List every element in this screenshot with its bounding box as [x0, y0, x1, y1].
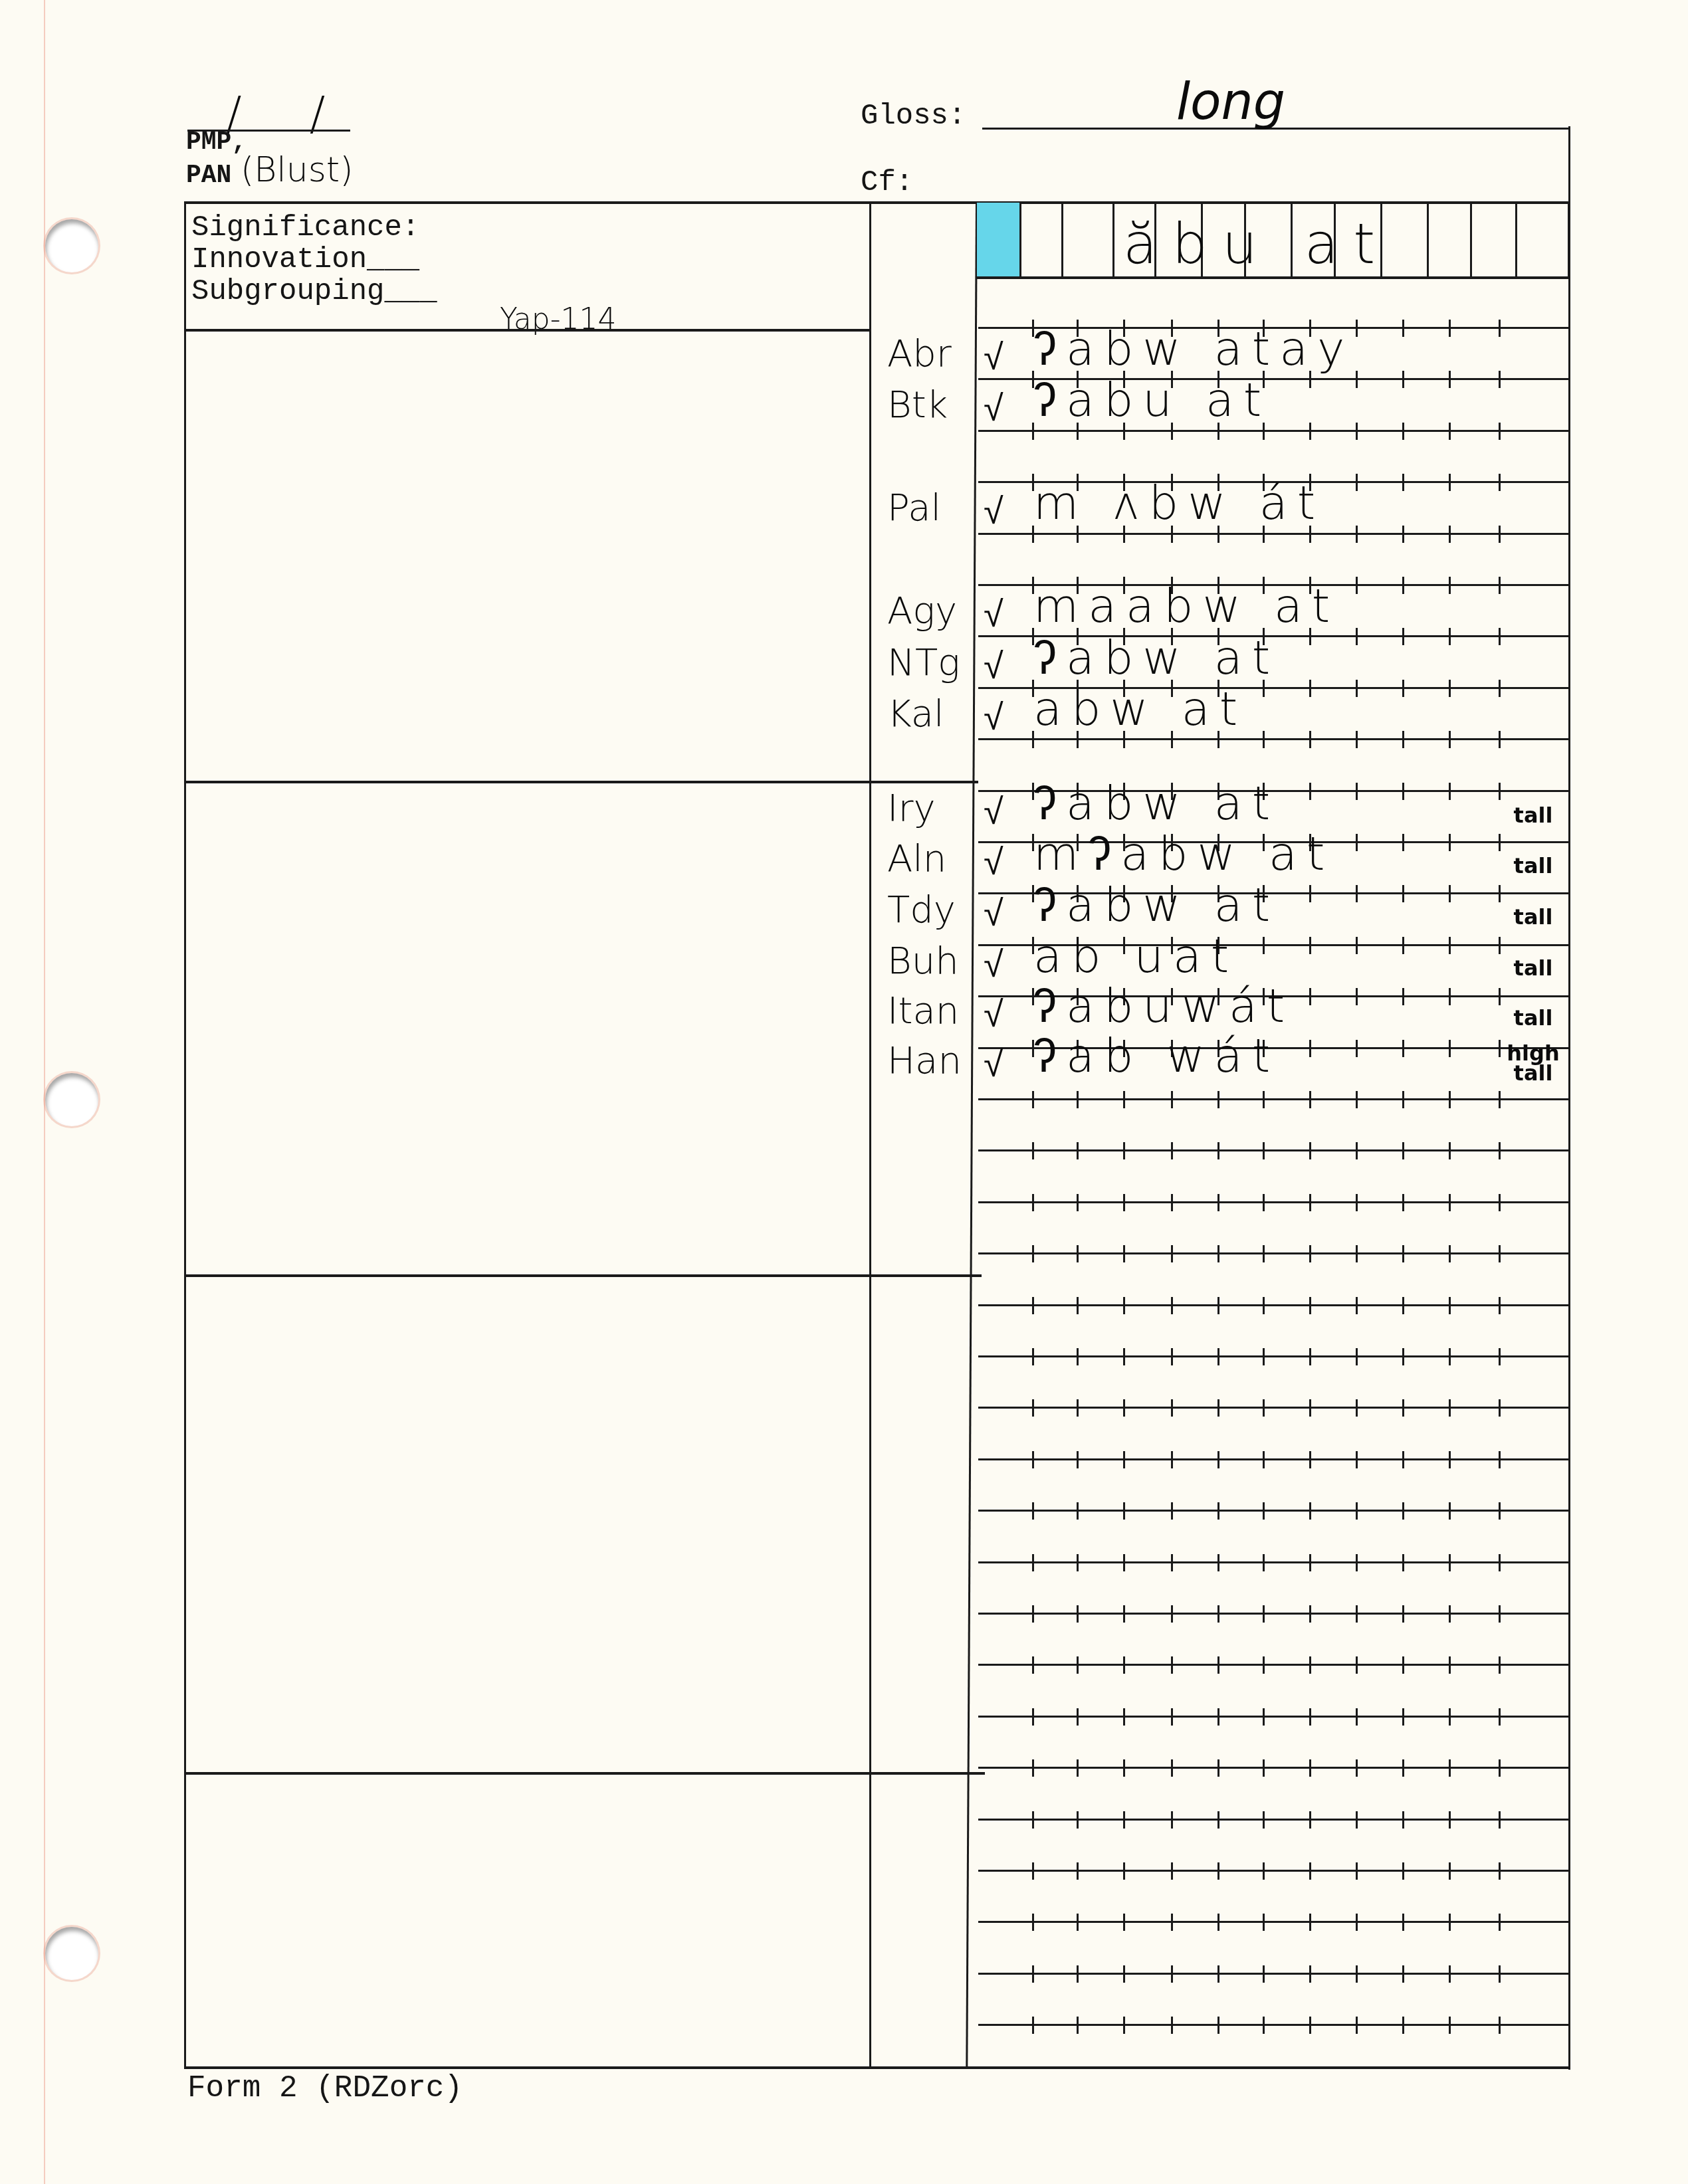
check-mark-icon: √: [984, 387, 1003, 429]
tick-mark: [1309, 680, 1311, 697]
tick-mark: [1217, 1811, 1219, 1829]
tick-mark: [1032, 1348, 1034, 1365]
tick-mark: [1171, 1245, 1173, 1262]
tick-mark: [1356, 628, 1358, 645]
tick-mark: [1499, 1708, 1501, 1726]
tick-mark: [1449, 1965, 1451, 1983]
tick-mark: [1449, 1297, 1451, 1314]
tick-mark: [1449, 1914, 1451, 1931]
tick-mark: [1402, 1142, 1404, 1159]
tick-mark: [1032, 1194, 1034, 1211]
tick-mark: [1032, 1142, 1034, 1159]
tick-mark: [1402, 2017, 1404, 2034]
language-label: Aln: [887, 837, 980, 880]
tick-mark: [1449, 988, 1451, 1005]
tick-mark: [1449, 577, 1451, 594]
tick-mark: [1499, 1914, 1501, 1931]
tick-mark: [1217, 1914, 1219, 1931]
tick-mark: [1499, 371, 1501, 388]
ruled-line: [978, 1716, 1570, 1718]
reflex-form: mʔabw at: [1033, 827, 1334, 881]
tick-mark: [1171, 1502, 1173, 1520]
tick-mark: [1123, 1245, 1125, 1262]
tick-mark: [1356, 1759, 1358, 1777]
tick-mark: [1263, 1914, 1265, 1931]
tick-mark: [1032, 2017, 1034, 2034]
tick-mark: [1263, 1862, 1265, 1880]
tick-mark: [1402, 1348, 1404, 1365]
tick-mark: [1402, 628, 1404, 645]
tick-mark: [1077, 1811, 1079, 1829]
tick-mark: [1217, 1451, 1219, 1468]
tick-mark: [1217, 1348, 1219, 1365]
tick-mark: [1499, 2017, 1501, 2034]
margin-line: [44, 0, 45, 2184]
tick-mark: [1032, 1605, 1034, 1623]
significance-label: Significance:: [191, 211, 419, 245]
frame-bottom: [184, 2066, 1570, 2069]
tick-mark: [1217, 1708, 1219, 1726]
tick-mark: [1356, 731, 1358, 748]
ruled-line: [978, 1819, 1570, 1821]
gloss-value: long: [1176, 72, 1285, 131]
tick-mark: [1499, 783, 1501, 800]
gloss-note: tall: [1503, 1008, 1563, 1028]
tick-mark: [1309, 1245, 1311, 1262]
tick-mark: [1123, 1708, 1125, 1726]
tick-mark: [1402, 1040, 1404, 1057]
tick-mark: [1309, 2017, 1311, 2034]
tick-mark: [1449, 834, 1451, 851]
gloss-note: tall: [1503, 958, 1563, 978]
tick-mark: [1309, 1194, 1311, 1211]
language-label: Iry: [887, 787, 980, 830]
check-mark-icon: √: [984, 1043, 1003, 1085]
tick-mark: [1356, 885, 1358, 902]
tick-mark: [1402, 423, 1404, 440]
language-label: Abr: [887, 332, 980, 375]
tick-mark: [1171, 1554, 1173, 1571]
tick-mark: [1356, 1040, 1358, 1057]
tick-mark: [1032, 1399, 1034, 1417]
tick-mark: [1499, 1965, 1501, 1983]
reconstruction-cell: [1429, 203, 1472, 278]
tick-mark: [1449, 1040, 1451, 1057]
tick-mark: [1309, 1348, 1311, 1365]
tick-mark: [1309, 423, 1311, 440]
tick-mark: [1402, 937, 1404, 954]
check-mark-icon: √: [984, 696, 1003, 738]
tick-mark: [1217, 1297, 1219, 1314]
tick-mark: [1217, 1399, 1219, 1417]
tick-mark: [1217, 1091, 1219, 1108]
tick-mark: [1356, 1399, 1358, 1417]
reflex-form: ʔabw at: [1033, 776, 1279, 831]
tick-mark: [1171, 1399, 1173, 1417]
tick-mark: [1449, 1502, 1451, 1520]
tick-mark: [1309, 1862, 1311, 1880]
tick-mark: [1402, 1554, 1404, 1571]
tick-mark: [1077, 1194, 1079, 1211]
tick-mark: [1499, 1245, 1501, 1262]
tick-mark: [1171, 1914, 1173, 1931]
section-divider-2: [184, 1274, 982, 1277]
ruled-line: [978, 1767, 1570, 1769]
proto-label-pan: PAN: [186, 159, 231, 193]
tick-mark: [1263, 1451, 1265, 1468]
tick-mark: [1309, 1142, 1311, 1159]
tick-mark: [1032, 1245, 1034, 1262]
ruled-line: [978, 1973, 1570, 1975]
tick-mark: [1032, 1811, 1034, 1829]
tick-mark: [1123, 1656, 1125, 1674]
tick-mark: [1123, 1554, 1125, 1571]
tick-mark: [1499, 1040, 1501, 1057]
tick-mark: [1123, 1451, 1125, 1468]
check-mark-icon: √: [984, 336, 1003, 378]
tick-mark: [1402, 680, 1404, 697]
language-label: Itan: [887, 989, 980, 1033]
tick-mark: [1077, 1348, 1079, 1365]
reflex-form: ʔabw at: [1033, 878, 1279, 932]
tick-mark: [1449, 1605, 1451, 1623]
tick-mark: [1309, 1708, 1311, 1726]
tick-mark: [1217, 1554, 1219, 1571]
tick-mark: [1402, 1091, 1404, 1108]
reflex-form: ʔabw at: [1033, 631, 1279, 685]
tick-mark: [1077, 1759, 1079, 1777]
check-mark-icon: √: [984, 993, 1003, 1035]
tick-mark: [1499, 1811, 1501, 1829]
tick-mark: [1402, 1245, 1404, 1262]
reflex-form: ʔabuwát: [1033, 979, 1294, 1033]
tick-mark: [1402, 988, 1404, 1005]
tick-mark: [1356, 320, 1358, 337]
check-mark-icon: √: [984, 490, 1003, 532]
tick-mark: [1309, 1451, 1311, 1468]
tick-mark: [1449, 731, 1451, 748]
ruled-line: [978, 1149, 1570, 1151]
reconstruction-cell: [1021, 203, 1063, 278]
tick-mark: [1449, 526, 1451, 543]
tick-mark: [1263, 1194, 1265, 1211]
tick-mark: [1449, 937, 1451, 954]
tick-mark: [1077, 1142, 1079, 1159]
tick-mark: [1356, 783, 1358, 800]
tick-mark: [1402, 1451, 1404, 1468]
tick-mark: [1171, 1091, 1173, 1108]
tick-mark: [1032, 1914, 1034, 1931]
tick-mark: [1402, 1914, 1404, 1931]
tick-mark: [1032, 1451, 1034, 1468]
tick-mark: [1499, 1142, 1501, 1159]
tick-mark: [1402, 731, 1404, 748]
label-column-divider: [869, 201, 871, 2068]
reflex-form: maabw at: [1033, 579, 1339, 633]
tick-mark: [1032, 1554, 1034, 1571]
tick-mark: [1263, 1708, 1265, 1726]
tick-mark: [1217, 1656, 1219, 1674]
tick-mark: [1499, 1348, 1501, 1365]
tick-mark: [1402, 783, 1404, 800]
tick-mark: [1263, 1297, 1265, 1314]
tick-mark: [1356, 1965, 1358, 1983]
tick-mark: [1123, 1091, 1125, 1108]
tick-mark: [1356, 2017, 1358, 2034]
tick-mark: [1077, 1245, 1079, 1262]
data-column-divider: [966, 201, 978, 2068]
tick-mark: [1263, 1091, 1265, 1108]
tick-mark: [1217, 1862, 1219, 1880]
ruled-line: [978, 1355, 1570, 1357]
tick-mark: [1123, 1759, 1125, 1777]
ruled-line: [978, 533, 1570, 535]
reconstruction-cell: [1517, 203, 1570, 278]
tick-mark: [1402, 1965, 1404, 1983]
tick-mark: [1499, 731, 1501, 748]
reflex-form: ab uat: [1033, 929, 1238, 983]
tick-mark: [1499, 1451, 1501, 1468]
tick-mark: [1402, 1759, 1404, 1777]
cf-label: Cf:: [861, 166, 913, 199]
tick-mark: [1499, 937, 1501, 954]
tick-mark: [1356, 1605, 1358, 1623]
tick-mark: [1309, 783, 1311, 800]
tick-mark: [1263, 731, 1265, 748]
ruled-line: [978, 1201, 1570, 1203]
tick-mark: [1449, 1451, 1451, 1468]
tick-mark: [1217, 2017, 1219, 2034]
tick-mark: [1449, 1554, 1451, 1571]
tick-mark: [1402, 1399, 1404, 1417]
tick-mark: [1449, 1759, 1451, 1777]
tick-mark: [1356, 680, 1358, 697]
tick-mark: [1263, 1965, 1265, 1983]
tick-mark: [1309, 1914, 1311, 1931]
check-mark-icon: √: [984, 645, 1003, 687]
tick-mark: [1217, 1245, 1219, 1262]
tick-mark: [1499, 577, 1501, 594]
tick-mark: [1217, 1502, 1219, 1520]
tick-mark: [1032, 1656, 1034, 1674]
tick-mark: [1077, 1399, 1079, 1417]
tick-mark: [1402, 577, 1404, 594]
language-label: Kal: [887, 692, 980, 736]
tick-mark: [1499, 1605, 1501, 1623]
tick-mark: [1356, 577, 1358, 594]
tick-mark: [1263, 1605, 1265, 1623]
tick-mark: [1499, 1862, 1501, 1880]
tick-mark: [1217, 1605, 1219, 1623]
frame-left: [184, 201, 186, 2068]
tick-mark: [1402, 1194, 1404, 1211]
form-footer: Form 2 (RDZorc): [187, 2072, 463, 2105]
tick-mark: [1356, 1245, 1358, 1262]
tick-mark: [1309, 937, 1311, 954]
tick-mark: [1309, 1040, 1311, 1057]
tick-mark: [1356, 1708, 1358, 1726]
tick-mark: [1356, 1194, 1358, 1211]
ruled-line: [978, 1561, 1570, 1563]
tick-mark: [1356, 1811, 1358, 1829]
check-mark-icon: √: [984, 943, 1003, 985]
tick-mark: [1309, 731, 1311, 748]
tick-mark: [1309, 1091, 1311, 1108]
tick-mark: [1356, 1297, 1358, 1314]
ruled-line: [978, 1458, 1570, 1460]
tick-mark: [1171, 1605, 1173, 1623]
tick-mark: [1309, 1297, 1311, 1314]
tick-mark: [1077, 1451, 1079, 1468]
tick-mark: [1263, 1399, 1265, 1417]
tick-mark: [1077, 1297, 1079, 1314]
tick-mark: [1356, 1142, 1358, 1159]
tick-mark: [1499, 1656, 1501, 1674]
tick-mark: [1356, 371, 1358, 388]
gloss-note: high tall: [1503, 1043, 1563, 1083]
language-label: Tdy: [887, 888, 980, 932]
ruled-line: [978, 1510, 1570, 1512]
tick-mark: [1356, 1091, 1358, 1108]
tick-mark: [1356, 1656, 1358, 1674]
tick-mark: [1263, 1245, 1265, 1262]
tick-mark: [1449, 1194, 1451, 1211]
tick-mark: [1123, 1194, 1125, 1211]
reconstruction-form: ăbu at: [1123, 211, 1390, 276]
tick-mark: [1499, 1194, 1501, 1211]
ruled-line: [978, 1870, 1570, 1872]
tick-mark: [1449, 1399, 1451, 1417]
tick-mark: [1123, 1297, 1125, 1314]
tick-mark: [1402, 885, 1404, 902]
tick-mark: [1402, 1656, 1404, 1674]
language-label: Han: [887, 1039, 980, 1082]
proto-annotation: (Blust): [241, 150, 354, 190]
tick-mark: [1309, 1399, 1311, 1417]
tick-mark: [1499, 628, 1501, 645]
tick-mark: [1217, 1965, 1219, 1983]
tick-mark: [1499, 1399, 1501, 1417]
tick-mark: [1077, 1554, 1079, 1571]
tick-mark: [1402, 1605, 1404, 1623]
tick-mark: [1449, 1245, 1451, 1262]
tick-mark: [1402, 474, 1404, 491]
tick-mark: [1263, 1656, 1265, 1674]
check-mark-icon: √: [984, 841, 1003, 883]
tick-mark: [1171, 1348, 1173, 1365]
tick-mark: [1402, 834, 1404, 851]
tick-mark: [1449, 423, 1451, 440]
tick-mark: [1499, 885, 1501, 902]
tick-mark: [1077, 1965, 1079, 1983]
language-label: NTg: [887, 641, 980, 684]
tick-mark: [1402, 320, 1404, 337]
tick-mark: [1449, 2017, 1451, 2034]
tick-mark: [1171, 1297, 1173, 1314]
reconstruction-row-bottom: [976, 276, 1570, 279]
tick-mark: [1449, 1811, 1451, 1829]
section-divider-1: [184, 781, 978, 783]
tick-mark: [1402, 526, 1404, 543]
tick-mark: [1309, 1965, 1311, 1983]
tick-mark: [1499, 1502, 1501, 1520]
tick-mark: [1077, 2017, 1079, 2034]
ruled-line: [978, 1664, 1570, 1666]
tick-mark: [1263, 1811, 1265, 1829]
tick-mark: [1499, 1297, 1501, 1314]
tick-mark: [1449, 680, 1451, 697]
tick-mark: [1263, 1142, 1265, 1159]
tick-mark: [1356, 1914, 1358, 1931]
tick-mark: [1309, 885, 1311, 902]
tick-mark: [1449, 1348, 1451, 1365]
tick-mark: [1171, 1811, 1173, 1829]
tick-mark: [1449, 1862, 1451, 1880]
tick-mark: [1263, 1348, 1265, 1365]
tick-mark: [1356, 937, 1358, 954]
tick-mark: [1077, 1656, 1079, 1674]
tick-mark: [1032, 1708, 1034, 1726]
tick-mark: [1499, 680, 1501, 697]
tick-mark: [1449, 885, 1451, 902]
ruled-line: [978, 2024, 1570, 2026]
tick-mark: [1499, 988, 1501, 1005]
tick-mark: [1123, 1502, 1125, 1520]
tick-mark: [1171, 1656, 1173, 1674]
tick-mark: [1449, 783, 1451, 800]
tick-mark: [1402, 1708, 1404, 1726]
ruled-line: [978, 1407, 1570, 1409]
ruled-line: [978, 430, 1570, 432]
tick-mark: [1356, 1862, 1358, 1880]
tick-mark: [1309, 1502, 1311, 1520]
tick-mark: [1402, 371, 1404, 388]
punch-hole: [45, 219, 98, 272]
tick-mark: [1263, 937, 1265, 954]
tick-mark: [1123, 1142, 1125, 1159]
tick-mark: [1123, 1348, 1125, 1365]
subgrouping-label: Subgrouping___: [191, 275, 437, 308]
tick-mark: [1217, 1759, 1219, 1777]
ruled-line: [978, 1921, 1570, 1923]
highlighted-cell: [977, 203, 1021, 278]
tick-mark: [1449, 371, 1451, 388]
tick-mark: [1123, 1399, 1125, 1417]
tick-mark: [1309, 1759, 1311, 1777]
tick-mark: [1449, 474, 1451, 491]
tick-mark: [1402, 1297, 1404, 1314]
language-label: Buh: [887, 940, 980, 983]
tick-mark: [1499, 423, 1501, 440]
tick-mark: [1077, 1605, 1079, 1623]
tick-mark: [1449, 1142, 1451, 1159]
tick-mark: [1171, 1862, 1173, 1880]
tick-mark: [1032, 1862, 1034, 1880]
tick-mark: [1171, 1708, 1173, 1726]
innovation-label: Innovation___: [191, 243, 419, 276]
gloss-label: Gloss:: [861, 100, 966, 133]
tick-mark: [1309, 988, 1311, 1005]
tick-mark: [1171, 1965, 1173, 1983]
language-label: Btk: [887, 383, 980, 427]
tick-mark: [1123, 1811, 1125, 1829]
tick-mark: [1309, 1554, 1311, 1571]
tick-mark: [1077, 1708, 1079, 1726]
tick-mark: [1449, 320, 1451, 337]
tick-mark: [1077, 1914, 1079, 1931]
tick-mark: [1032, 1091, 1034, 1108]
punch-hole: [45, 1927, 98, 1980]
